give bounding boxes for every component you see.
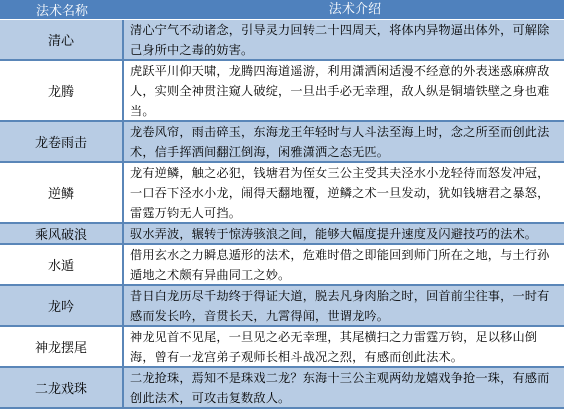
table-header: 法术名称 法术介绍 — [0, 0, 564, 20]
spell-name: 水遁 — [0, 245, 124, 284]
spell-description: 借用玄水之力瞬息遁形的法术，危难时借之即能回到师门所在之地，与土行孙遁地之术颇有… — [124, 245, 564, 284]
table-row: 神龙摆尾 神龙见首不见尾，一旦见之必无幸理，其尾横扫之力雷霆万钧，足以移山倒海，… — [0, 327, 564, 368]
spell-description: 虎跃平川仰天啸，龙腾四海道遥游，利用潇洒闲适漫不经意的外表迷惑麻痹敌人，实则全神… — [124, 61, 564, 120]
header-name: 法术名称 — [0, 0, 124, 19]
header-description-label: 法术介绍 — [309, 0, 382, 20]
spell-description: 龙卷风帘，雨击碎玉，东海龙王年轻时与人斗法至海上时，念之所至而创此法术，信手挥洒… — [124, 122, 564, 161]
table-row: 清心 清心宁气不动诸念，引导灵力回转二十四周天，将体内异物逼出体外，可解除己身所… — [0, 20, 564, 61]
spell-name: 清心 — [0, 20, 124, 59]
table-row: 龙腾 虎跃平川仰天啸，龙腾四海道遥游，利用潇洒闲适漫不经意的外表迷惑麻痹敌人，实… — [0, 61, 564, 122]
spell-name: 二龙戏珠 — [0, 368, 124, 407]
spell-name: 龙吟 — [0, 286, 124, 325]
spell-name: 乘风破浪 — [0, 224, 124, 243]
spell-description: 龙有逆鳞，触之必犯，钱塘君为侄女三公主受其夫泾水小龙轻待而怒发冲冠，一口吞下泾水… — [124, 163, 564, 222]
table-row: 乘风破浪 驭水弄波，辗转于惊涛骇浪之间，能够大幅度提升速度及闪避技巧的法术。 — [0, 224, 564, 245]
spell-description: 清心宁气不动诸念，引导灵力回转二十四周天，将体内异物逼出体外，可解除己身所中之毒… — [124, 20, 564, 59]
spell-description: 昔日白龙历尽千劫终于得证大道，脱去凡身肉胎之时，回首前尘往事，一时有感而发长吟，… — [124, 286, 564, 325]
spell-description: 神龙见首不见尾，一旦见之必无幸理，其尾横扫之力雷霆万钧，足以移山倒海，曾有一龙宫… — [124, 327, 564, 366]
spell-description: 二龙抢珠，焉知不是珠戏二龙？东海十三公主观两幼龙嬉戏争抢一珠，有感而创此法术，可… — [124, 368, 564, 407]
table-row: 逆鳞 龙有逆鳞，触之必犯，钱塘君为侄女三公主受其夫泾水小龙轻待而怒发冲冠，一口吞… — [0, 163, 564, 224]
spell-description: 驭水弄波，辗转于惊涛骇浪之间，能够大幅度提升速度及闪避技巧的法术。 — [124, 224, 564, 243]
table-row: 龙卷雨击 龙卷风帘，雨击碎玉，东海龙王年轻时与人斗法至海上时，念之所至而创此法术… — [0, 122, 564, 163]
spell-name: 龙卷雨击 — [0, 122, 124, 161]
header-description: 法术介绍 — [124, 0, 564, 19]
table-row: 龙吟 昔日白龙历尽千劫终于得证大道，脱去凡身肉胎之时，回首前尘往事，一时有感而发… — [0, 286, 564, 327]
spell-name: 逆鳞 — [0, 163, 124, 222]
spell-name: 龙腾 — [0, 61, 124, 120]
table-row: 水遁 借用玄水之力瞬息遁形的法术，危难时借之即能回到师门所在之地，与土行孙遁地之… — [0, 245, 564, 286]
table-row: 二龙戏珠 二龙抢珠，焉知不是珠戏二龙？东海十三公主观两幼龙嬉戏争抢一珠，有感而创… — [0, 368, 564, 409]
spell-name: 神龙摆尾 — [0, 327, 124, 366]
